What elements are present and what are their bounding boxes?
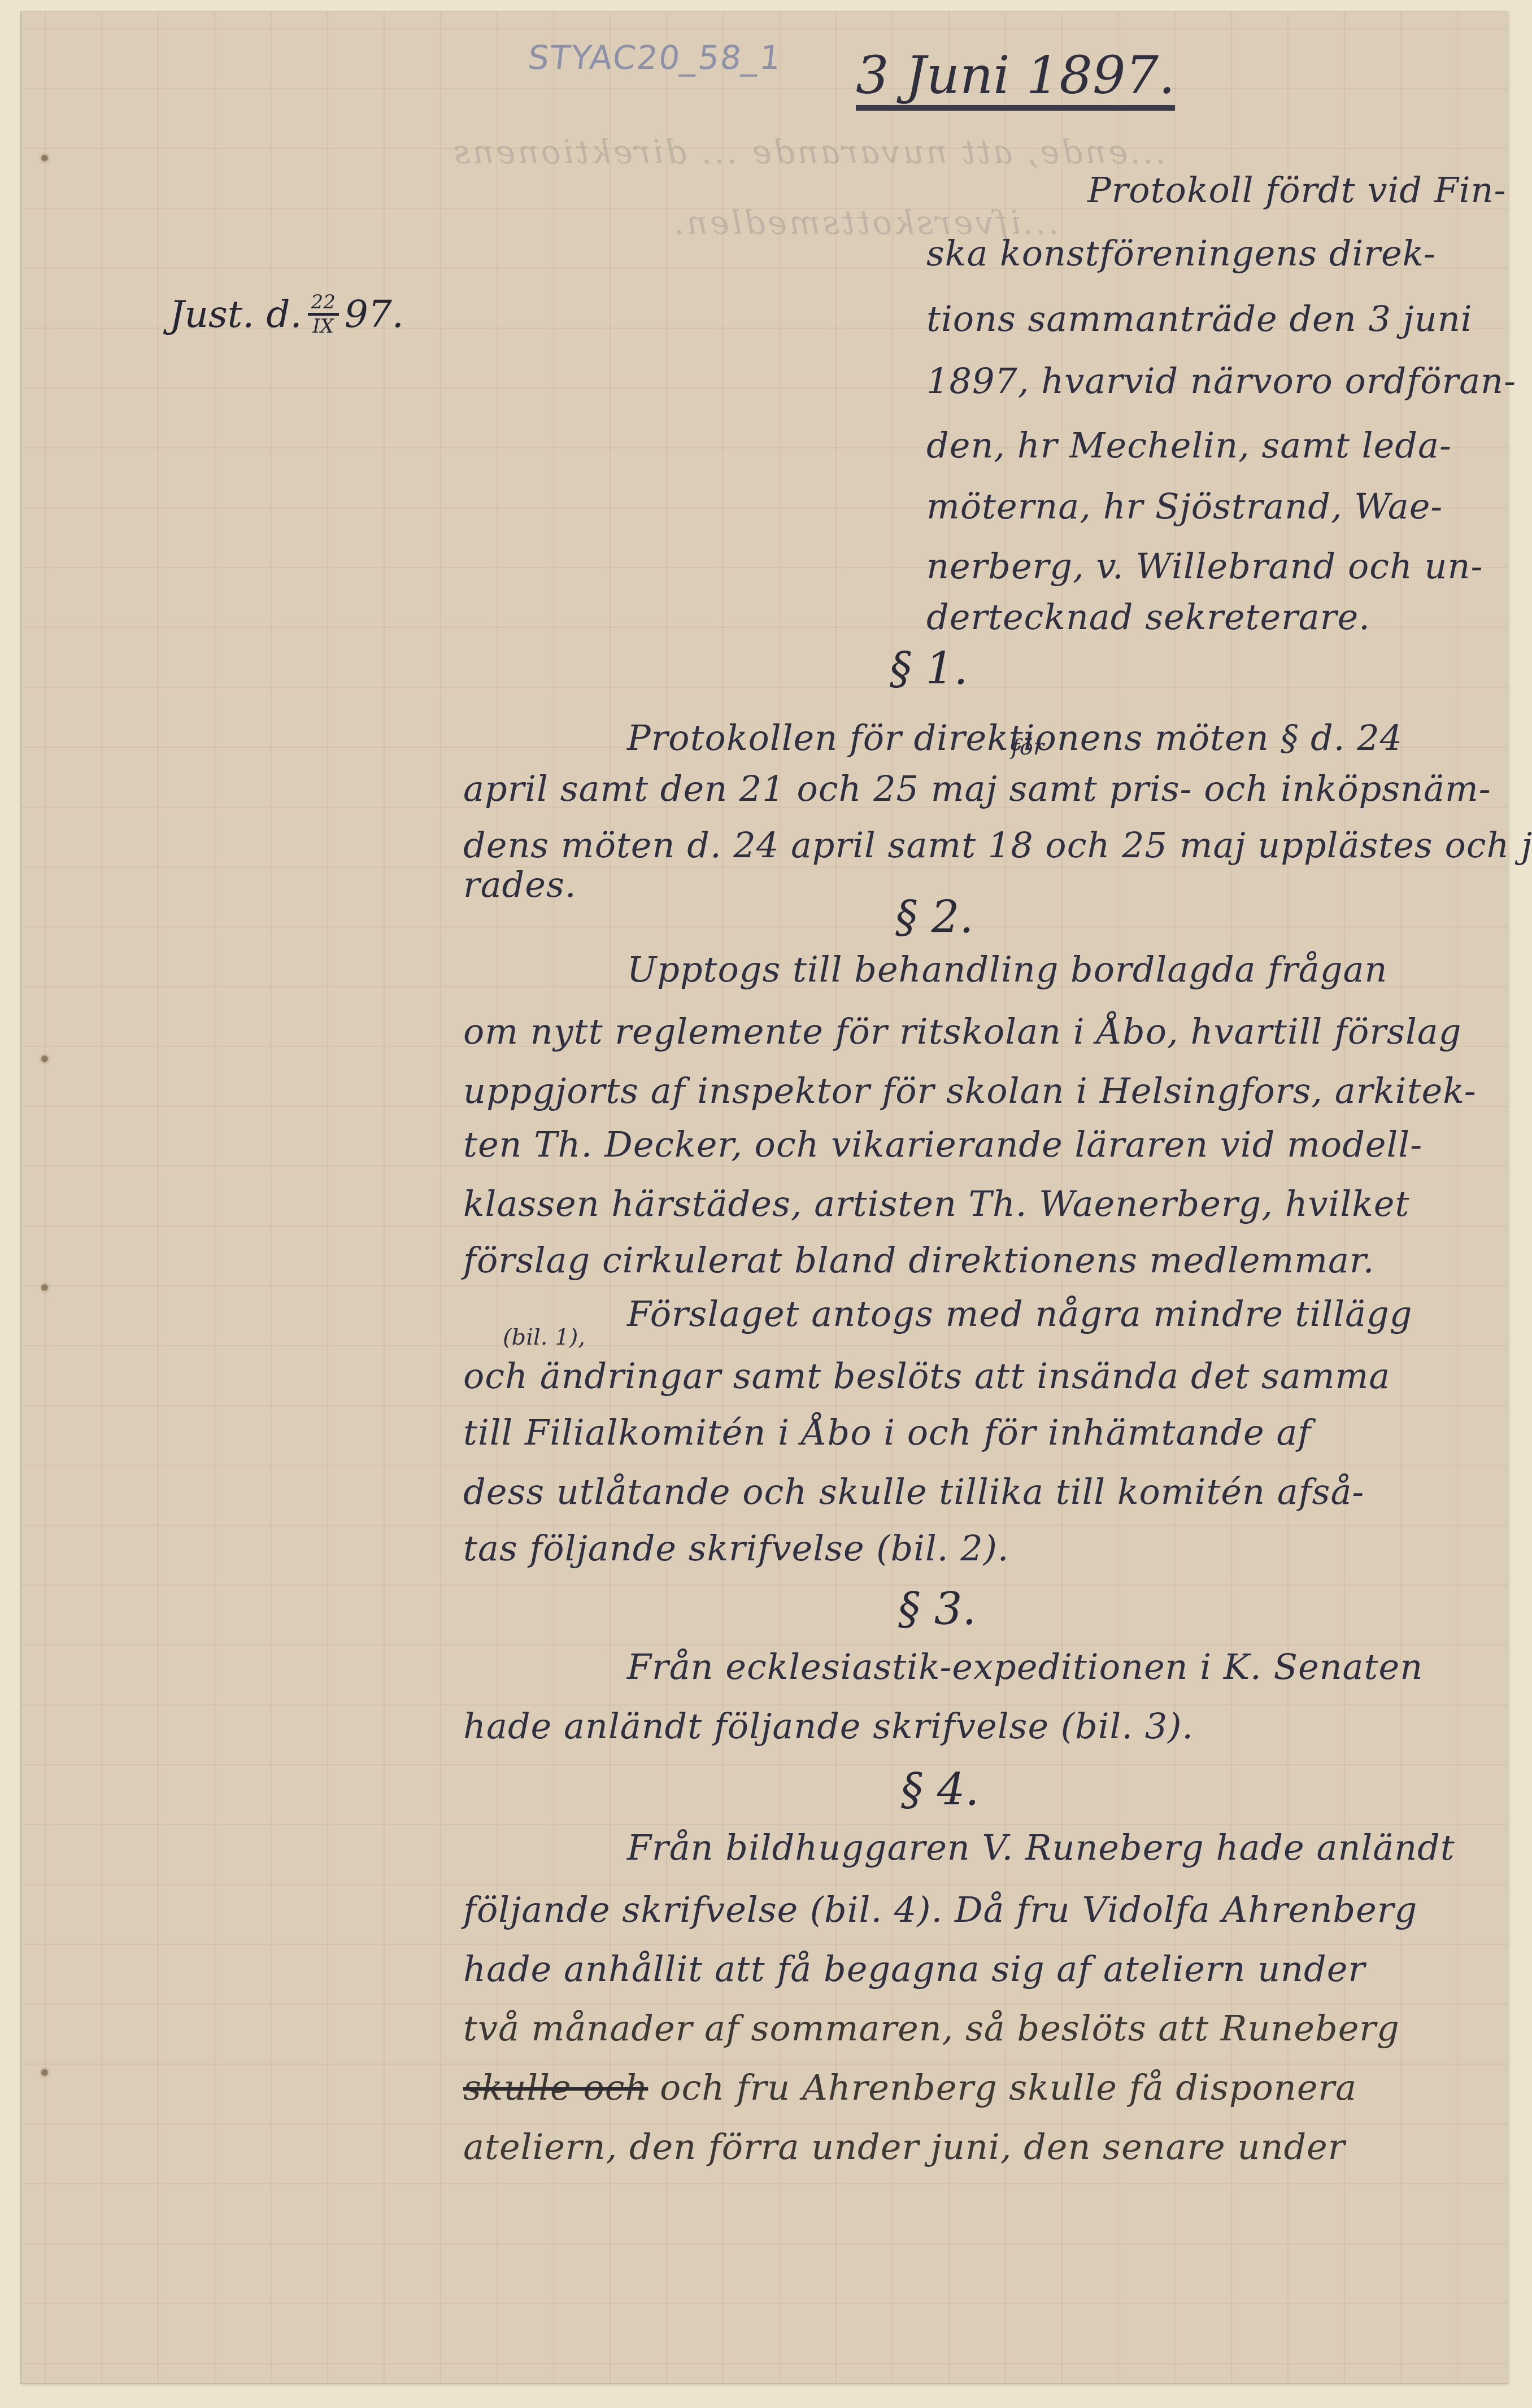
margin-note-date-fraction: 22 IX (308, 293, 339, 336)
interlinear-insertion: (bil. 1), (503, 1324, 585, 1350)
preamble-line: dertecknad sekreterare. (926, 596, 1370, 638)
section-line: Förslaget antogs med några mindre tilläg… (627, 1293, 1412, 1334)
section-line: följande skrifvelse (bil. 4). Då fru Vid… (463, 1889, 1417, 1930)
section-mark: § 3. (898, 1584, 976, 1635)
section-line: och ändringar samt beslöts att insända d… (463, 1355, 1390, 1397)
margin-note-prefix: Just. d. (169, 293, 302, 336)
interlinear-insertion: för (1011, 734, 1044, 760)
binding-hole (39, 1053, 51, 1066)
section-line: tas följande skrifvelse (bil. 2). (463, 1528, 1009, 1569)
section-line: om nytt reglemente för ritskolan i Åbo, … (463, 1011, 1461, 1052)
section-line: hade anhållit att få begagna sig af atel… (463, 1948, 1365, 1990)
section-line-with-strikeout: skulle och och fru Ahrenberg skulle få d… (463, 2067, 1357, 2108)
section-line: rades. (463, 864, 577, 905)
section-line: Från ecklesiastik-expeditionen i K. Sena… (627, 1646, 1423, 1687)
archive-reference-id: STYAC20_58_1 (526, 38, 784, 77)
section-line: till Filialkomitén i Åbo i och för inhäm… (463, 1412, 1311, 1453)
section-line: ateliern, den förra under juni, den sena… (463, 2126, 1345, 2167)
section-line: april samt den 21 och 25 maj samt pris- … (463, 768, 1491, 809)
section-line: två månader af sommaren, så beslöts att … (463, 2008, 1400, 2049)
preamble-line: ska konstföreningens direk- (926, 233, 1436, 274)
section-line: Upptogs till behandling bordlagda frågan (627, 949, 1387, 990)
section-line: hade anländt följande skrifvelse (bil. 3… (463, 1705, 1194, 1747)
preamble-line: möterna, hr Sjöstrand, Wae- (926, 486, 1443, 527)
binding-hole (39, 152, 51, 165)
section-mark: § 2. (895, 892, 973, 943)
section-line: dess utlåtande och skulle tillika till k… (463, 1471, 1364, 1512)
margin-note-year: 97. (345, 293, 404, 336)
struck-out-text: skulle och (463, 2067, 648, 2108)
preamble-line: Protokoll fördt vid Fin- (1087, 169, 1506, 211)
bleed-through-text: ...ende, att nuvarande ... direktionens (451, 133, 1166, 171)
section-line: förslag cirkulerat bland direktionens me… (463, 1240, 1375, 1281)
margin-note-day: 22 (308, 293, 339, 316)
preamble-line: 1897, hvarvid närvoro ordföran- (926, 360, 1516, 402)
section-mark: § 1. (890, 644, 968, 695)
section-line: Från bildhuggaren V. Runeberg hade anlän… (627, 1827, 1455, 1868)
margin-note-month: IX (312, 316, 334, 336)
preamble-line: den, hr Mechelin, samt leda- (926, 425, 1452, 466)
binding-hole (39, 1282, 51, 1294)
section-line: ten Th. Decker, och vikarierande läraren… (463, 1124, 1422, 1165)
section-line: klassen härstädes, artisten Th. Waenerbe… (463, 1183, 1409, 1224)
section-line: dens möten d. 24 april samt 18 och 25 ma… (463, 825, 1532, 866)
section-line: uppgjorts af inspektor för skolan i Hels… (463, 1070, 1477, 1111)
document-date-heading: 3 Juni 1897. (856, 50, 1175, 111)
section-line-remainder: och fru Ahrenberg skulle få disponera (660, 2067, 1357, 2108)
binding-hole (39, 2067, 51, 2079)
margin-note-justification: Just. d. 22 IX 97. (169, 293, 404, 336)
section-mark: § 4. (901, 1765, 979, 1816)
preamble-line: nerberg, v. Willebrand och un- (926, 546, 1483, 587)
preamble-line: tions sammanträde den 3 juni (926, 298, 1472, 339)
